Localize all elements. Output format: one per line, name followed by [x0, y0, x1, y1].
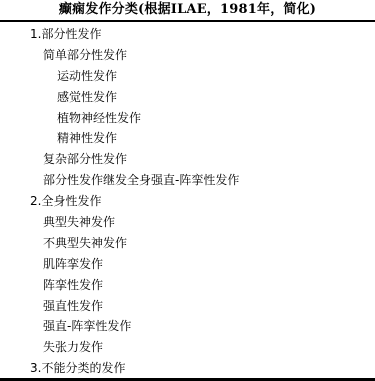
header-rule [0, 20, 375, 22]
subcategory-secondary-generalized: 部分性发作继发全身强直-阵挛性发作 [0, 170, 375, 191]
seizure-classification-table: 癫痫发作分类(根据ILAE，1981年，简化) 1.部分性发作 简单部分性发作 … [0, 0, 375, 381]
item-tonic-clonic: 强直-阵挛性发作 [0, 316, 375, 337]
subcategory-complex-partial: 复杂部分性发作 [0, 149, 375, 170]
item-motor-seizure: 运动性发作 [0, 66, 375, 87]
item-clonic: 阵挛性发作 [0, 275, 375, 296]
item-myoclonic: 肌阵挛发作 [0, 254, 375, 275]
table-body: 1.部分性发作 简单部分性发作 运动性发作 感觉性发作 植物神经性发作 精神性发… [0, 24, 375, 379]
item-tonic: 强直性发作 [0, 296, 375, 317]
table-title: 癫痫发作分类(根据ILAE，1981年，简化) [0, 0, 375, 20]
item-sensory-seizure: 感觉性发作 [0, 87, 375, 108]
item-typical-absence: 典型失神发作 [0, 212, 375, 233]
category-partial-seizures: 1.部分性发作 [0, 24, 375, 45]
item-atonic: 失张力发作 [0, 337, 375, 358]
item-psychic-seizure: 精神性发作 [0, 128, 375, 149]
category-unclassified: 3.不能分类的发作 [0, 358, 375, 379]
category-generalized-seizures: 2.全身性发作 [0, 191, 375, 212]
subcategory-simple-partial: 简单部分性发作 [0, 45, 375, 66]
item-atypical-absence: 不典型失神发作 [0, 233, 375, 254]
item-autonomic-seizure: 植物神经性发作 [0, 108, 375, 129]
